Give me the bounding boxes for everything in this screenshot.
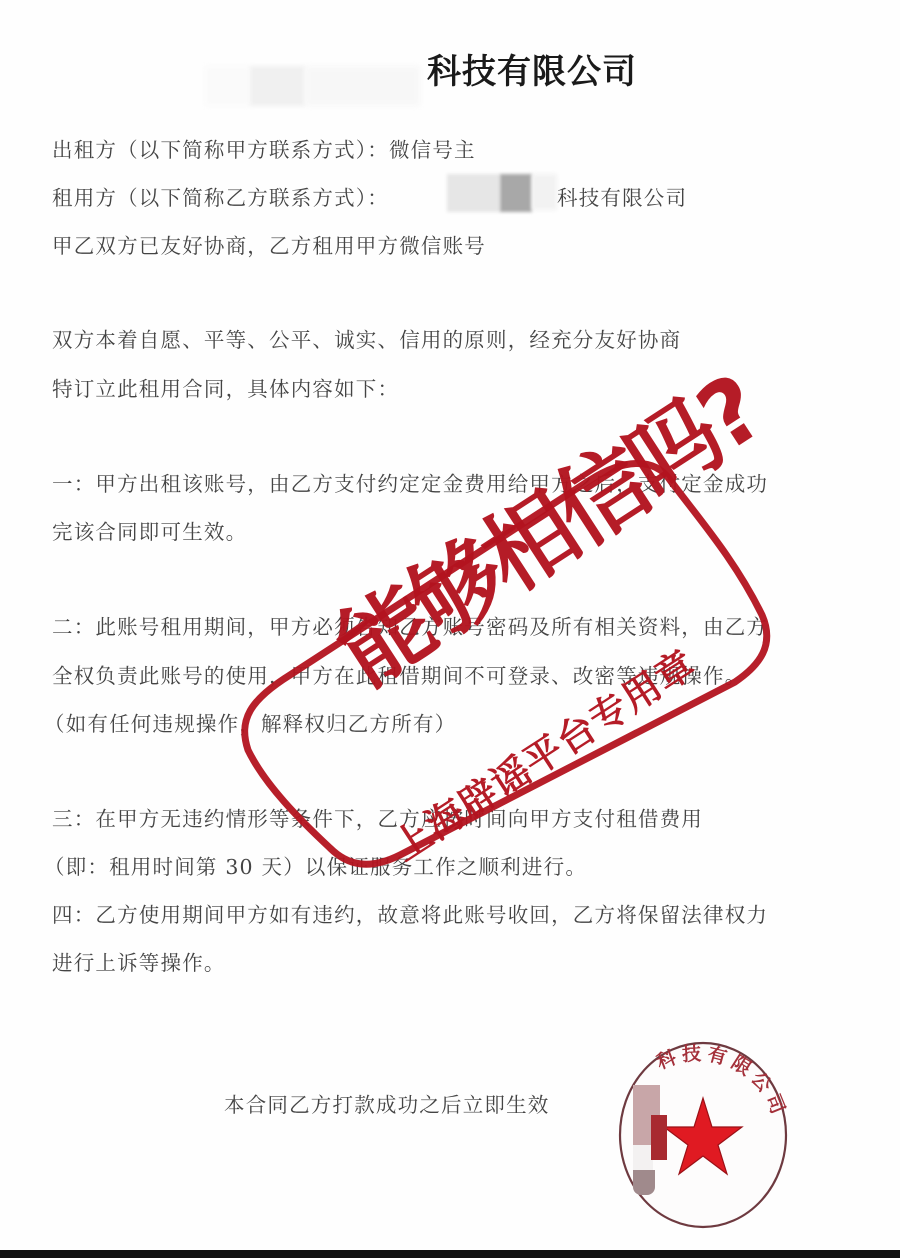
lessor-line: 出租方（以下简称甲方联系方式）：微信号主 bbox=[52, 133, 476, 163]
contract-document: 科技有限公司 出租方（以下简称甲方联系方式）：微信号主 租用方（以下简称乙方联系… bbox=[0, 0, 900, 1250]
redaction-blur bbox=[205, 66, 250, 106]
clause-4-line: 进行上诉等操作。 bbox=[52, 946, 226, 976]
clause-2-line: 二：此账号租用期间，甲方必须告知乙方账号密码及所有相关资料，由乙方 bbox=[52, 610, 768, 640]
lessee-line-prefix: 租用方（以下简称乙方联系方式）： bbox=[52, 181, 389, 211]
redaction-mosaic bbox=[651, 1115, 667, 1160]
redaction-blur bbox=[250, 66, 305, 106]
clause-3-line: 三：在甲方无违约情形等条件下，乙方应按时间向甲方支付租借费用 bbox=[52, 802, 703, 832]
principle-line: 双方本着自愿、平等、公平、诚实、信用的原则，经充分友好协商 bbox=[52, 323, 681, 353]
lessee-line-suffix: 科技有限公司 bbox=[557, 181, 687, 211]
clause-2-line: （如有任何违规操作，解释权归乙方所有） bbox=[44, 707, 456, 737]
clause-4-line: 四：乙方使用期间甲方如有违约，故意将此账号收回，乙方将保留法律权力 bbox=[52, 898, 768, 928]
document-title: 科技有限公司 bbox=[427, 44, 637, 93]
redaction-mosaic bbox=[633, 1170, 655, 1195]
clause-1-line: 一：甲方出租该账号，由乙方支付约定定金费用给甲方之后，支付定金成功 bbox=[52, 467, 768, 497]
redaction-blur bbox=[305, 66, 420, 106]
redacted-company-name bbox=[447, 174, 557, 214]
bottom-edge bbox=[0, 1250, 900, 1258]
principle-line: 特订立此租用合同，具体内容如下： bbox=[52, 372, 399, 402]
clause-2-line: 全权负责此账号的使用，甲方在此租借期间不可登录、改密等违规操作。 bbox=[52, 659, 746, 689]
document-header: 科技有限公司 bbox=[0, 36, 900, 96]
agreement-line: 甲乙双方已友好协商，乙方租用甲方微信账号 bbox=[52, 229, 486, 259]
effective-line: 本合同乙方打款成功之后立即生效 bbox=[224, 1088, 550, 1118]
clause-1-line: 完该合同即可生效。 bbox=[52, 515, 247, 545]
clause-3-line: （即：租用时间第 30 天）以保证服务工作之顺利进行。 bbox=[44, 850, 587, 880]
